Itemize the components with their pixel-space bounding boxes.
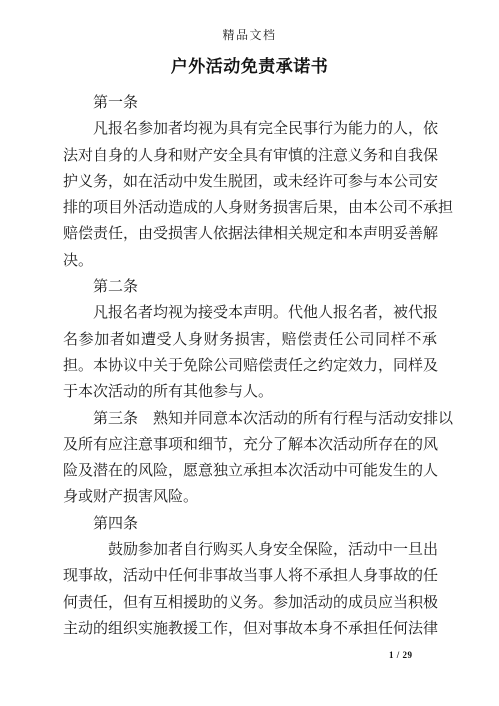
document-line: 主动的组织实施教援工作，但对事故本身不承担任何法律 — [63, 616, 437, 642]
document-line: 法对自身的人身和财产安全具有审慎的注意义务和自我保 — [63, 143, 437, 169]
document-line: 凡报名参加者均视为具有完全民事行为能力的人，依 — [63, 116, 437, 142]
document-title: 户外活动免责承诺书 — [0, 56, 499, 78]
document-line: 第四条 — [63, 511, 437, 537]
document-line: 赔偿责任，由受损害人依据法律相关规定和本声明妥善解 — [63, 221, 437, 247]
document-body: 第一条 凡报名参加者均视为具有完全民事行为能力的人，依 法对自身的人身和财产安全… — [63, 90, 437, 642]
document-line: 担。本协议中关于免除公司赔偿责任之约定效力，同样及 — [63, 353, 437, 379]
document-line: 名参加者如遭受人身财务损害，赔偿责任公司同样不承 — [63, 327, 437, 353]
document-line: 险及潜在的风险，愿意独立承担本次活动中可能发生的人 — [63, 458, 437, 484]
document-line: 凡报名者均视为接受本声明。代他人报名者，被代报 — [63, 300, 437, 326]
document-line: 决。 — [63, 248, 437, 274]
document-line: 及所有应注意事项和细节，充分了解本次活动所存在的风 — [63, 432, 437, 458]
page-number: 1 / 29 — [389, 649, 413, 661]
document-line: 第三条 熟知并同意本次活动的所有行程与活动安排以 — [63, 406, 437, 432]
document-line: 护义务，如在活动中发生脱团，或未经许可参与本公司安 — [63, 169, 437, 195]
document-line: 鼓励参加者自行购买人身安全保险，活动中一旦出 — [63, 537, 437, 563]
document-line: 第一条 — [63, 90, 437, 116]
document-line: 现事故，活动中任何非事故当事人将不承担人身事故的任 — [63, 563, 437, 589]
document-page: 精品文档 户外活动免责承诺书 第一条 凡报名参加者均视为具有完全民事行为能力的人… — [0, 0, 499, 706]
document-line: 第二条 — [63, 274, 437, 300]
document-header: 精品文档 — [0, 0, 499, 42]
document-line: 身或财产损害风险。 — [63, 484, 437, 510]
document-line: 排的项目外活动造成的人身财务损害后果，由本公司不承担 — [63, 195, 437, 221]
document-line: 于本次活动的所有其他参与人。 — [63, 379, 437, 405]
document-line: 何责任，但有互相援助的义务。参加活动的成员应当积极 — [63, 590, 437, 616]
